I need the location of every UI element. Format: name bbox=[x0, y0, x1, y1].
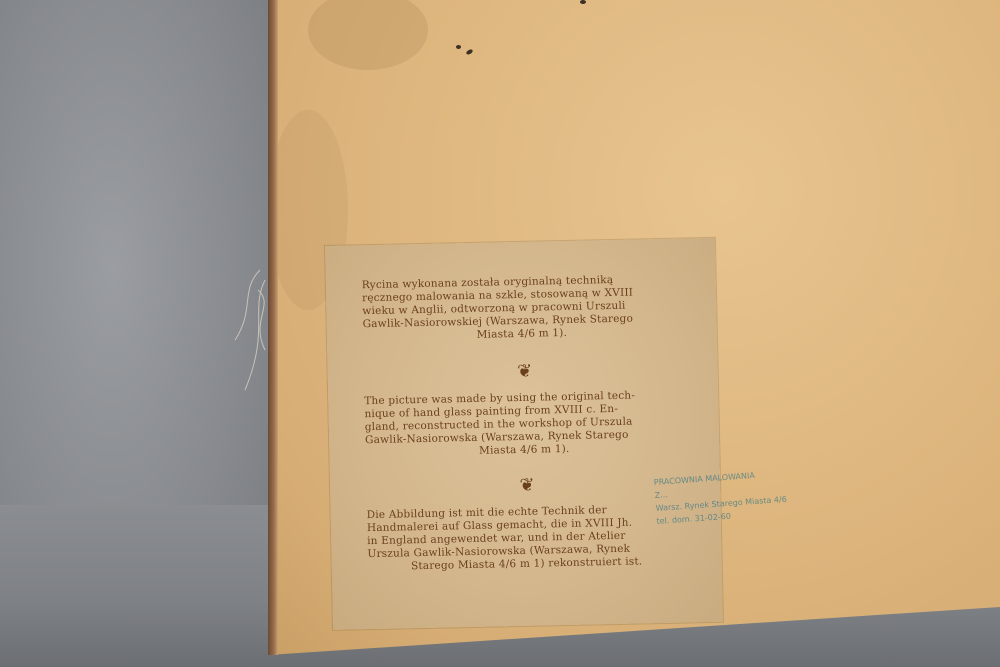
ornament-icon: ❦ bbox=[513, 362, 535, 382]
ornament-icon: ❦ bbox=[516, 476, 538, 496]
dirt-spot bbox=[456, 45, 461, 49]
water-stain bbox=[308, 0, 428, 70]
paper-label: Rycina wykonana została oryginalną techn… bbox=[325, 238, 723, 630]
label-polish-text: Rycina wykonana została oryginalną techn… bbox=[362, 273, 681, 345]
dirt-spot bbox=[580, 0, 586, 4]
dirt-spot bbox=[465, 49, 473, 56]
label-german-text: Die Abbildung ist mit die echte Technik … bbox=[367, 503, 686, 575]
label-english-text: The picture was made by using the origin… bbox=[364, 389, 683, 461]
stray-fibers bbox=[220, 250, 280, 400]
